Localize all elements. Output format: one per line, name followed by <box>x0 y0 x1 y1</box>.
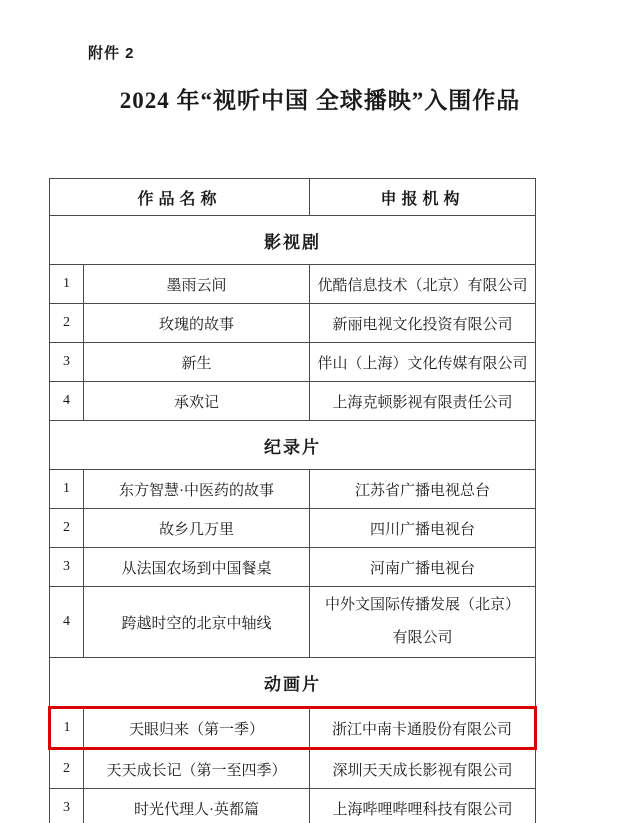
column-header-work-title: 作品名称 <box>50 179 310 216</box>
section-title: 影视剧 <box>50 216 536 265</box>
attachment-label: 附件 2 <box>88 42 135 63</box>
org-name: 上海克顿影视有限责任公司 <box>310 382 536 421</box>
row-number: 1 <box>50 265 84 304</box>
row-number: 2 <box>50 509 84 548</box>
document-page: 附件 2 2024 年“视听中国 全球播映”入围作品 作品名称 申报机构 影视剧… <box>0 0 640 823</box>
section-row: 影视剧 <box>50 216 536 265</box>
section-row: 动画片 <box>50 658 536 708</box>
table-row: 2玫瑰的故事新丽电视文化投资有限公司 <box>50 304 536 343</box>
section-title: 动画片 <box>50 658 536 708</box>
work-title: 天天成长记（第一至四季） <box>84 749 310 789</box>
org-name: 四川广播电视台 <box>310 509 536 548</box>
table-row: 2天天成长记（第一至四季）深圳天天成长影视有限公司 <box>50 749 536 789</box>
works-table: 作品名称 申报机构 影视剧1墨雨云间优酷信息技术（北京）有限公司2玫瑰的故事新丽… <box>48 178 537 823</box>
work-title: 新生 <box>84 343 310 382</box>
org-name: 深圳天天成长影视有限公司 <box>310 749 536 789</box>
row-number: 1 <box>50 470 84 509</box>
table-row: 4承欢记上海克顿影视有限责任公司 <box>50 382 536 421</box>
table-body: 作品名称 申报机构 影视剧1墨雨云间优酷信息技术（北京）有限公司2玫瑰的故事新丽… <box>50 179 536 823</box>
row-number: 4 <box>50 382 84 421</box>
work-title: 承欢记 <box>84 382 310 421</box>
org-name: 河南广播电视台 <box>310 548 536 587</box>
highlighted-row: 1天眼归来（第一季）浙江中南卡通股份有限公司 <box>50 708 536 749</box>
org-name: 新丽电视文化投资有限公司 <box>310 304 536 343</box>
row-number: 3 <box>50 548 84 587</box>
row-number: 3 <box>50 789 84 823</box>
table-row: 1东方智慧·中医药的故事江苏省广播电视总台 <box>50 470 536 509</box>
row-number: 1 <box>50 708 84 749</box>
org-name: 中外文国际传播发展（北京）有限公司 <box>310 587 536 658</box>
row-number: 3 <box>50 343 84 382</box>
table-row: 3时光代理人·英都篇上海哔哩哔哩科技有限公司 <box>50 789 536 823</box>
section-row: 纪录片 <box>50 421 536 470</box>
section-title: 纪录片 <box>50 421 536 470</box>
work-title: 东方智慧·中医药的故事 <box>84 470 310 509</box>
work-title: 故乡几万里 <box>84 509 310 548</box>
row-number: 2 <box>50 749 84 789</box>
work-title: 墨雨云间 <box>84 265 310 304</box>
work-title: 跨越时空的北京中轴线 <box>84 587 310 658</box>
column-header-org: 申报机构 <box>310 179 536 216</box>
org-name: 上海哔哩哔哩科技有限公司 <box>310 789 536 823</box>
table-row: 1墨雨云间优酷信息技术（北京）有限公司 <box>50 265 536 304</box>
table-row: 3从法国农场到中国餐桌河南广播电视台 <box>50 548 536 587</box>
table-row: 3新生伴山（上海）文化传媒有限公司 <box>50 343 536 382</box>
row-number: 4 <box>50 587 84 658</box>
org-name: 伴山（上海）文化传媒有限公司 <box>310 343 536 382</box>
org-name: 优酷信息技术（北京）有限公司 <box>310 265 536 304</box>
org-name: 浙江中南卡通股份有限公司 <box>310 708 536 749</box>
org-name: 江苏省广播电视总台 <box>310 470 536 509</box>
work-title: 时光代理人·英都篇 <box>84 789 310 823</box>
row-number: 2 <box>50 304 84 343</box>
table-row: 4跨越时空的北京中轴线中外文国际传播发展（北京）有限公司 <box>50 587 536 658</box>
page-title: 2024 年“视听中国 全球播映”入围作品 <box>0 82 640 115</box>
table-row: 2故乡几万里四川广播电视台 <box>50 509 536 548</box>
work-title: 天眼归来（第一季） <box>84 708 310 749</box>
work-title: 玫瑰的故事 <box>84 304 310 343</box>
work-title: 从法国农场到中国餐桌 <box>84 548 310 587</box>
table-header-row: 作品名称 申报机构 <box>50 179 536 216</box>
